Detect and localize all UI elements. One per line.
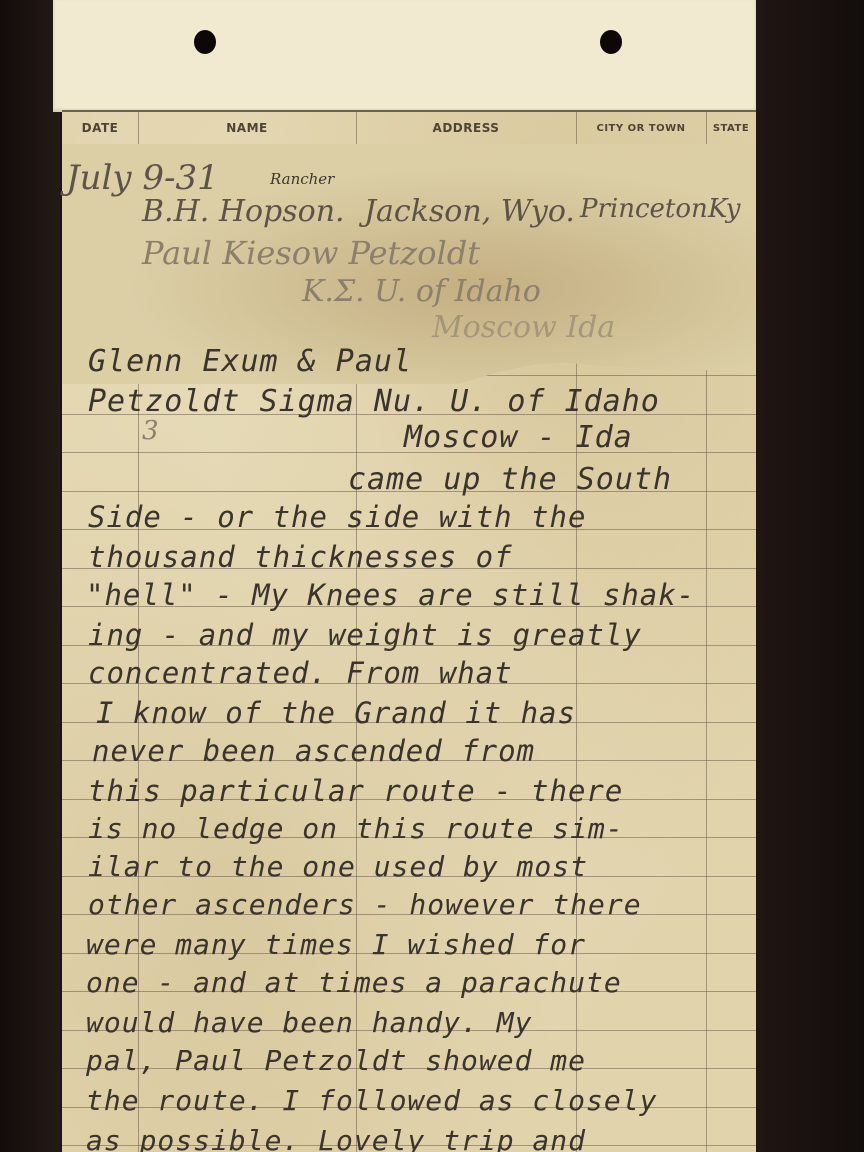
column-header-row: DATE NAME ADDRESS CITY OR TOWN STATE bbox=[62, 112, 756, 144]
entry-affiliation-2: K.Σ. U. of Idaho bbox=[302, 274, 541, 309]
column-header-date: DATE bbox=[62, 112, 138, 144]
narrative-line: "hell" - My Knees are still shak- bbox=[86, 578, 695, 612]
entry-city: Princeton bbox=[580, 194, 708, 224]
entry-state: Ky bbox=[708, 194, 740, 224]
narrative-line: I know of the Grand it has bbox=[96, 696, 576, 730]
narrative-line: as possible. Lovely trip and bbox=[86, 1124, 586, 1152]
narrative-line: never been ascended from bbox=[92, 734, 535, 768]
entry-name: B.H. Hopson. bbox=[142, 194, 345, 229]
background-left bbox=[0, 0, 60, 1152]
column-header-name: NAME bbox=[138, 112, 356, 144]
column-header-state: STATE bbox=[706, 112, 756, 144]
narrative-line: pal, Paul Petzoldt showed me bbox=[86, 1044, 586, 1077]
narrative-line: one - and at times a parachute bbox=[86, 966, 622, 999]
narrative-line: Petzoldt Sigma Nu. U. of Idaho bbox=[88, 384, 660, 419]
narrative-line: concentrated. From what bbox=[88, 656, 513, 690]
background-right bbox=[754, 0, 864, 1152]
entry-date: July 9-31 bbox=[66, 158, 219, 198]
narrative-line: other ascenders - however there bbox=[88, 888, 642, 921]
narrative-line: thousand thicknesses of bbox=[88, 540, 513, 574]
margin-mark: 3 bbox=[142, 416, 159, 446]
entry-note: Rancher bbox=[270, 170, 334, 188]
narrative-line: ing - and my weight is greatly bbox=[88, 618, 642, 652]
column-header-city: CITY OR TOWN bbox=[576, 112, 706, 144]
narrative-line: Glenn Exum & Paul bbox=[88, 344, 412, 379]
entry-name-2: Paul Kiesow Petzoldt bbox=[142, 234, 480, 272]
punch-hole-right bbox=[600, 30, 622, 54]
punch-hole-left bbox=[194, 30, 216, 54]
entry-address: Jackson, Wyo. bbox=[364, 194, 575, 229]
narrative-line: the route. I followed as closely bbox=[86, 1084, 657, 1117]
narrative-line: came up the South bbox=[348, 462, 672, 497]
narrative-line: Side - or the side with the bbox=[88, 500, 586, 534]
narrative-line: were many times I wished for bbox=[86, 928, 586, 961]
narrative-line: is no ledge on this route sim- bbox=[88, 812, 624, 845]
column-header-address: ADDRESS bbox=[356, 112, 576, 144]
entry-city-2: Moscow Ida bbox=[432, 310, 615, 345]
narrative-line: would have been handy. My bbox=[86, 1006, 532, 1039]
narrative-line: ilar to the one used by most bbox=[88, 850, 588, 883]
page-top-stub bbox=[53, 0, 756, 112]
narrative-line: this particular route - there bbox=[88, 774, 623, 808]
narrative-line: Moscow - Ida bbox=[404, 420, 633, 455]
